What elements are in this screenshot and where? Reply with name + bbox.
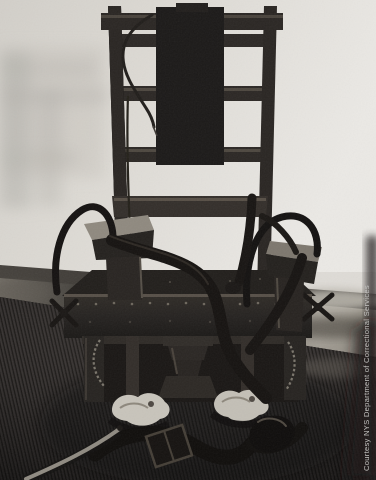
film-grain-overlay	[0, 0, 376, 480]
electric-chair-photograph: Courtesy NYS Department of Correctional …	[0, 0, 376, 480]
photo-credit-text: Courtesy NYS Department of Correctional …	[362, 285, 371, 471]
photo-frame: Courtesy NYS Department of Correctional …	[0, 0, 376, 480]
